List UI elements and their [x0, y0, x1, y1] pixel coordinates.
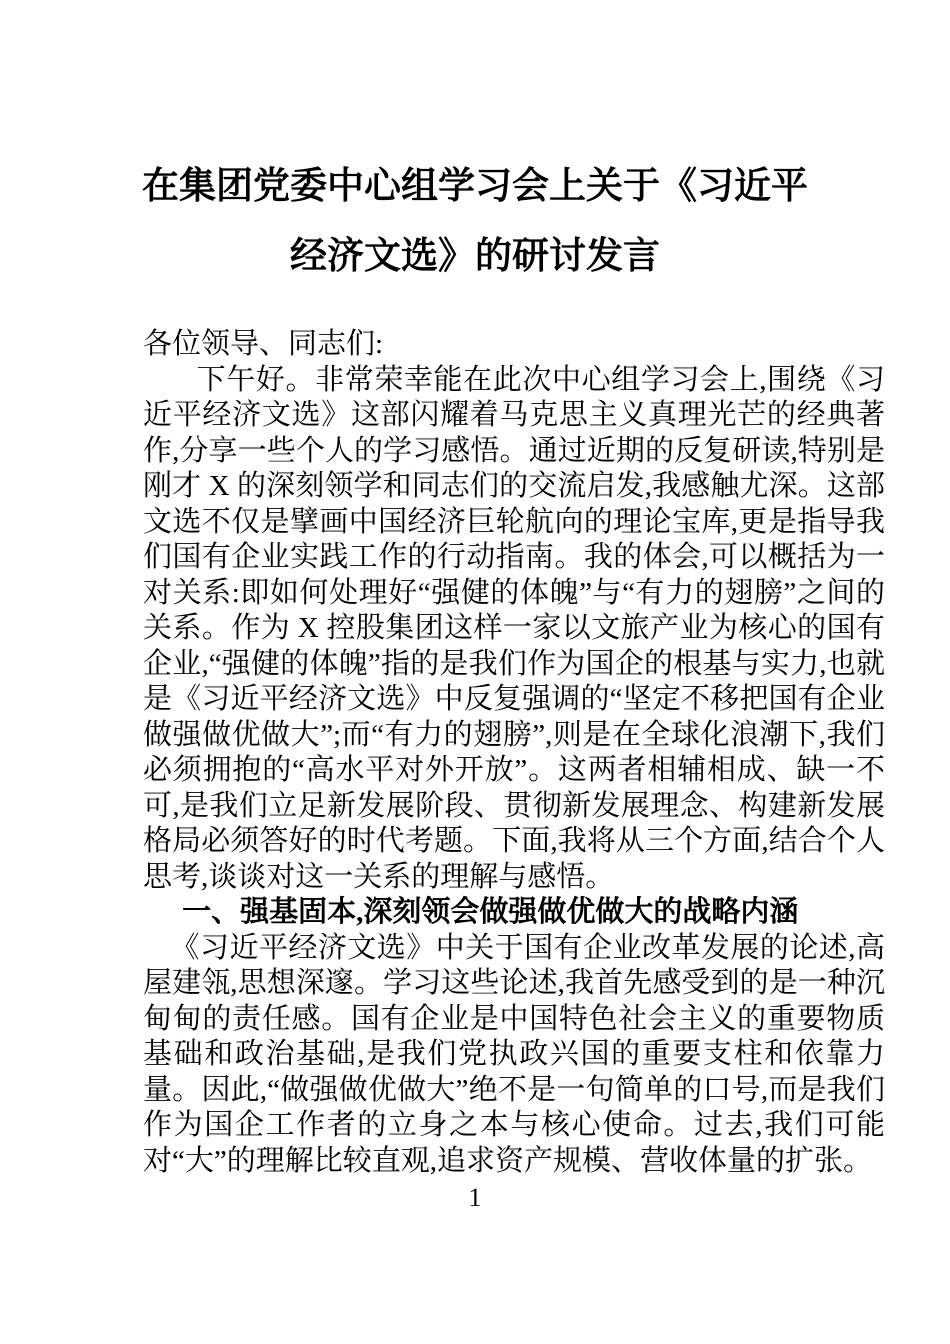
document-body: 各位领导、同志们: 下午好。非常荣幸能在此次中心组学习会上,围绕《习近平经济文选…	[143, 327, 885, 1179]
paragraph-opening: 下午好。非常荣幸能在此次中心组学习会上,围绕《习近平经济文选》这部闪耀着马克思主…	[143, 363, 885, 896]
page-number: 1	[0, 1183, 950, 1213]
salutation: 各位领导、同志们:	[143, 327, 885, 363]
document-page: 在集团党委中心组学习会上关于《习近平 经济文选》的研讨发言 各位领导、同志们: …	[0, 0, 950, 1344]
paragraph-section-1-body: 《习近平经济文选》中关于国有企业改革发展的论述,高屋建瓴,思想深邃。学习这些论述…	[143, 931, 885, 1180]
document-title-line-1: 在集团党委中心组学习会上关于《习近平	[0, 152, 950, 222]
section-heading-1: 一、强基固本,深刻领会做强做优做大的战略内涵	[143, 895, 885, 931]
document-title: 在集团党委中心组学习会上关于《习近平 经济文选》的研讨发言	[0, 152, 950, 292]
document-title-line-2: 经济文选》的研讨发言	[0, 222, 950, 292]
